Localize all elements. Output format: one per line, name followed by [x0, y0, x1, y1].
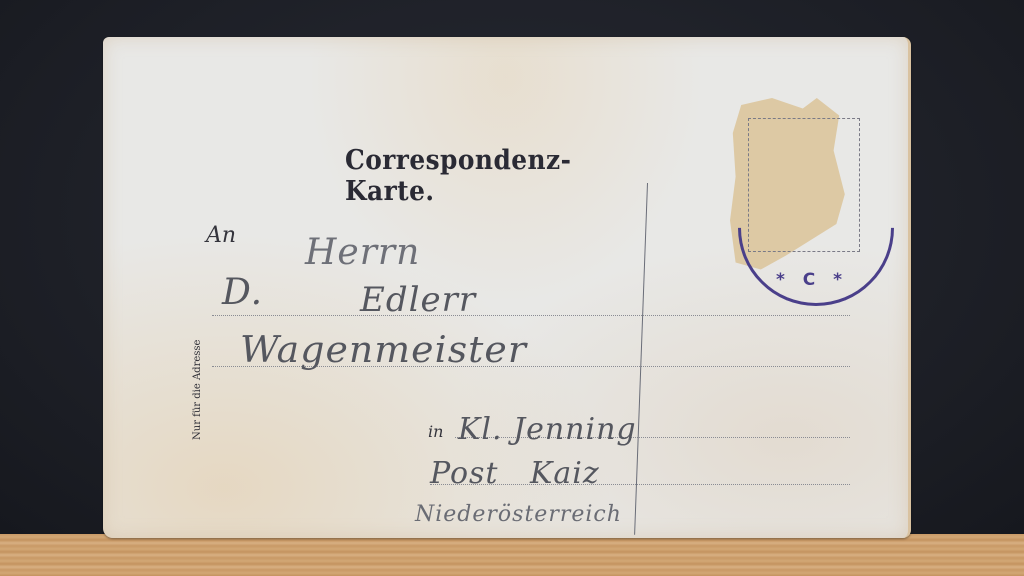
handwriting-region: Niederösterreich [415, 502, 622, 527]
handwriting-initial: D. [222, 272, 263, 313]
handwriting-occupation: Wagenmeister [240, 330, 527, 371]
place-prefix: in [428, 422, 443, 441]
handwriting-post-office: Kaiz [530, 456, 600, 491]
handwriting-town: Kl. Jenning [458, 412, 637, 447]
address-prefix: An [206, 223, 236, 248]
wooden-surface [0, 534, 1024, 576]
address-line-1 [212, 315, 850, 316]
handwriting-post-label: Post [430, 456, 498, 491]
postcard-title: Correspondenz-Karte. [345, 145, 639, 207]
handwriting-salutation: Herrn [305, 232, 420, 273]
handwriting-surname: Edlerr [360, 280, 476, 320]
address-only-label: Nur für die Adresse [192, 300, 203, 440]
postmark-text: * C * [757, 270, 867, 290]
